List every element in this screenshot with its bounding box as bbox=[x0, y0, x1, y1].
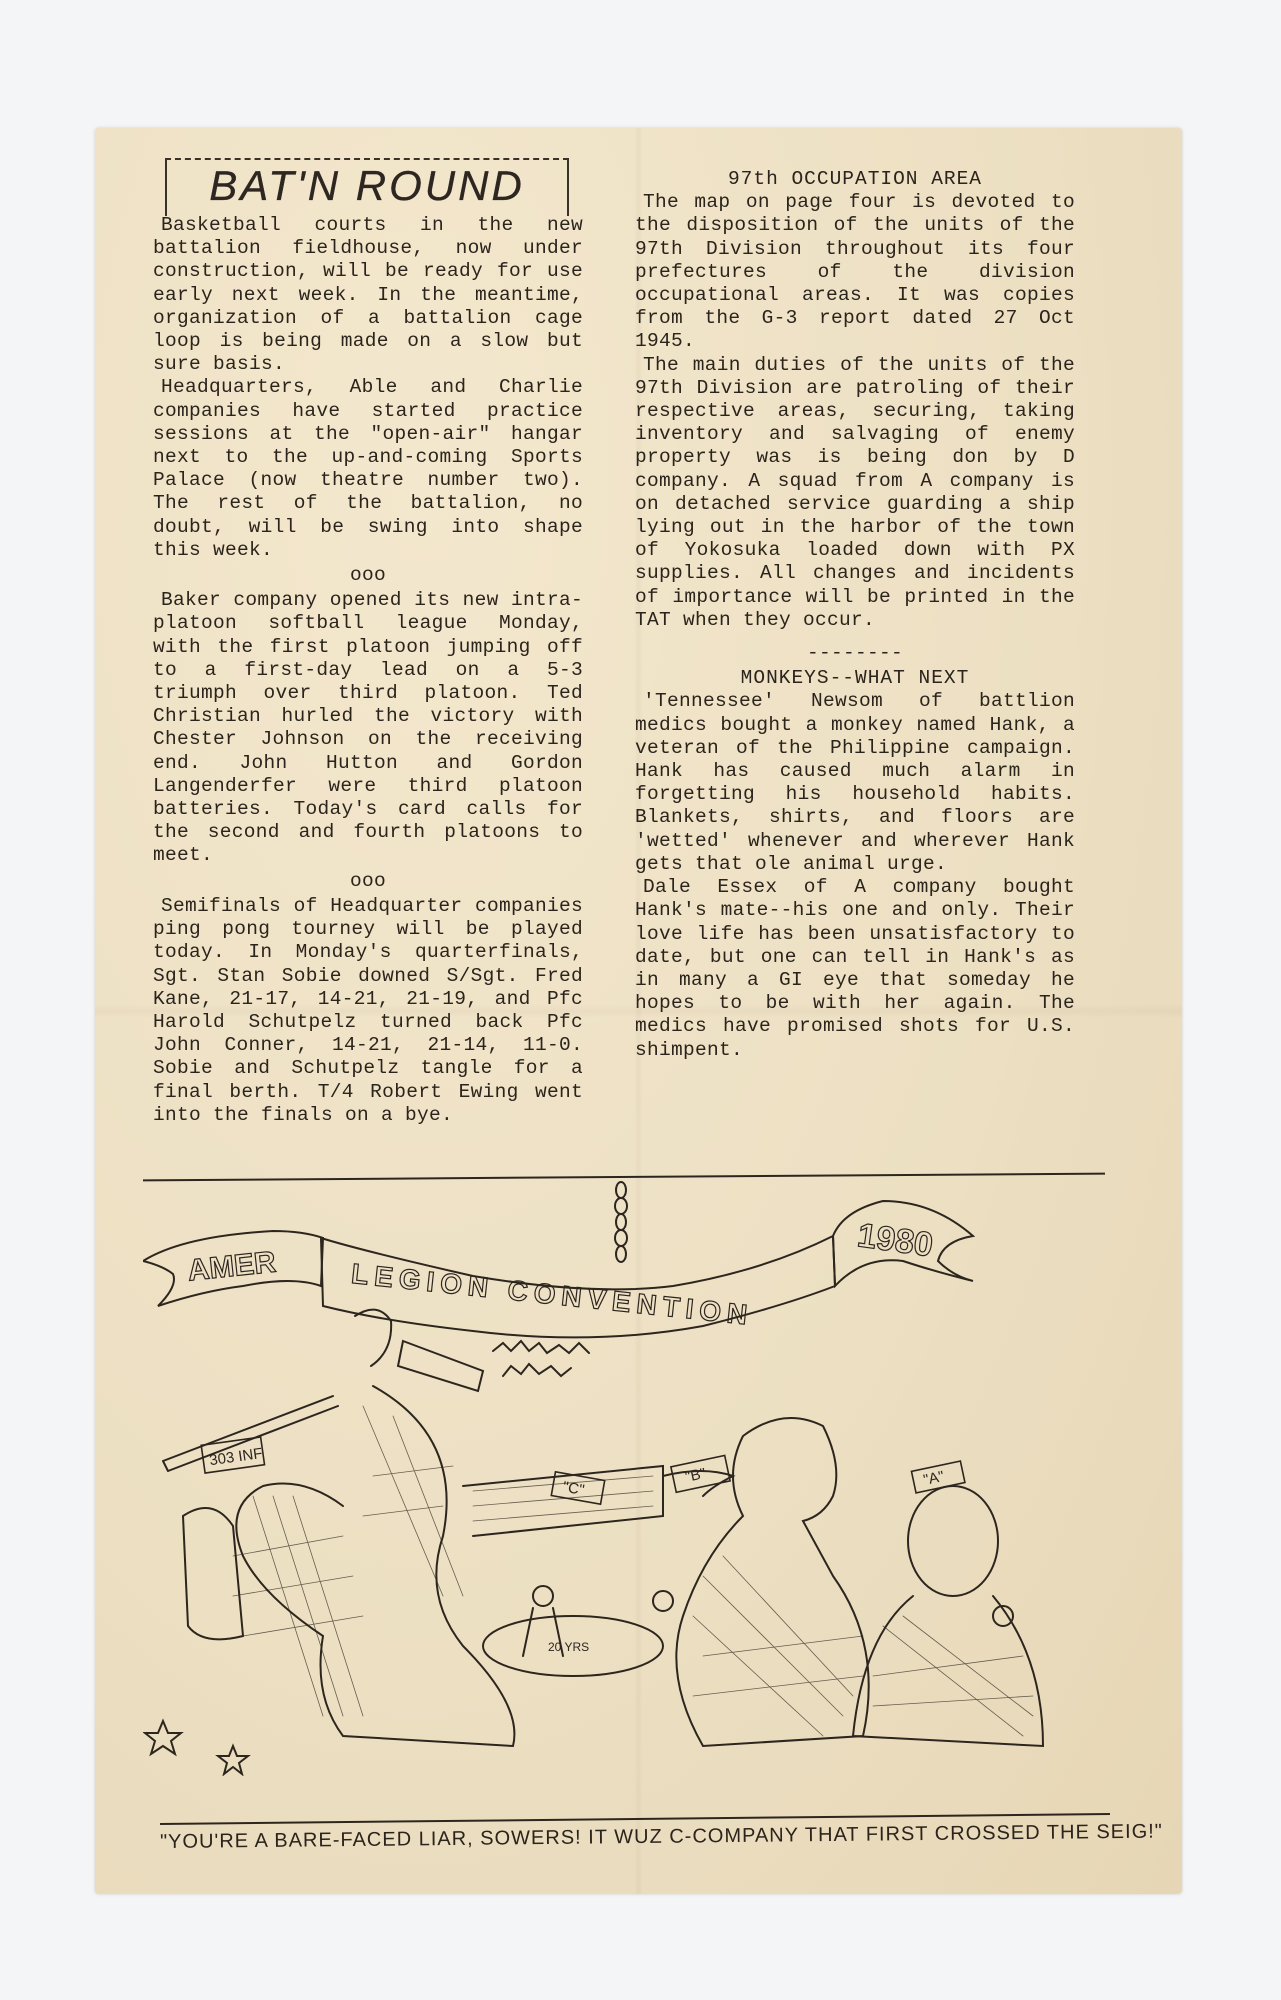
left-column: Basketball courts in the new battalion f… bbox=[153, 214, 583, 1127]
article-softball: Baker company opened its new intra-plato… bbox=[153, 589, 583, 867]
separator: -------- bbox=[635, 642, 1075, 665]
banner-text-left: AMER bbox=[186, 1246, 278, 1288]
masthead-title: BAT'N ROUND bbox=[167, 160, 567, 212]
section-title-occupation: 97th OCCUPATION AREA bbox=[635, 168, 1075, 191]
article-occupation-map: The map on page four is devoted to the d… bbox=[635, 191, 1075, 353]
section-title-monkeys: MONKEYS--WHAT NEXT bbox=[635, 667, 1075, 690]
cartoon-illustration: AMER LEGION CONVENTION 1980 303 INF "C" … bbox=[143, 1176, 1113, 1776]
masthead-box: BAT'N ROUND bbox=[165, 158, 569, 216]
article-practice: Headquarters, Able and Charlie companies… bbox=[153, 376, 583, 562]
article-basketball: Basketball courts in the new battalion f… bbox=[153, 214, 583, 376]
sign-c: "C" bbox=[561, 1479, 585, 1499]
sign-b: "B" bbox=[684, 1465, 708, 1486]
separator: ooo bbox=[153, 564, 583, 587]
chain-icon bbox=[615, 1182, 627, 1262]
article-ping-pong: Semifinals of Headquarter companies ping… bbox=[153, 895, 583, 1127]
table-label: 20 YRS bbox=[548, 1640, 589, 1654]
banner-text-right: 1980 bbox=[855, 1216, 935, 1264]
banner-text-middle: LEGION CONVENTION bbox=[350, 1258, 755, 1331]
article-occupation-duties: The main duties of the units of the 97th… bbox=[635, 354, 1075, 632]
right-column: 97th OCCUPATION AREA The map on page fou… bbox=[635, 168, 1075, 1062]
article-monkey-hank: 'Tennessee' Newsom of battlion medics bo… bbox=[635, 690, 1075, 876]
separator: ooo bbox=[153, 870, 583, 893]
article-monkey-mate: Dale Essex of A company bought Hank's ma… bbox=[635, 876, 1075, 1062]
sign-a: "A" bbox=[922, 1468, 946, 1489]
